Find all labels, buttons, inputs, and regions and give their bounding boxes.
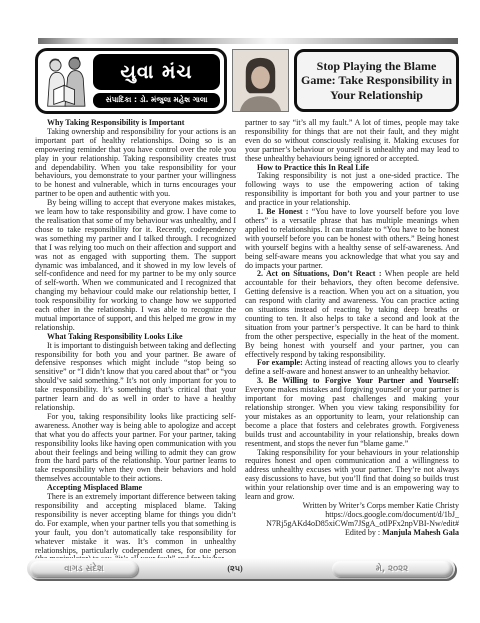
publication-name-pill: વાગડ સંદેશ	[30, 561, 138, 577]
credit-edited-by: Edited by : Manjula Mahesh Gala	[245, 529, 459, 538]
edited-by-label: Edited by :	[345, 528, 382, 537]
item-lead: 2. Act on Situations, Don’t React :	[257, 269, 382, 278]
paragraph: By being willing to accept that everyone…	[35, 199, 236, 333]
numbered-item: 3. Be Willing to Forgive Your Partner an…	[245, 377, 459, 448]
right-column: partner to say “it’s all my fault.” A lo…	[245, 119, 459, 564]
page-header: યુવા મંચ સંપાદિકા : ડો. મંજુલા મહેશ ગાલા…	[35, 48, 459, 114]
numbered-item: 2. Act on Situations, Don’t React : When…	[245, 270, 459, 359]
page-number: (૨૫)	[227, 564, 242, 574]
section-title-gujarati: યુવા મંચ	[93, 54, 220, 90]
numbered-item: 1. Be Honest : “You have to love yoursel…	[245, 208, 459, 270]
item-lead: For example:	[257, 358, 303, 367]
page-footer-bar: વાગડ સંદેશ (૨૫) મે, ૨૦૨૨	[27, 558, 455, 579]
item-lead: 1. Be Honest :	[257, 207, 308, 216]
paragraph: For you, taking responsibility looks lik…	[35, 413, 236, 484]
editor-photo	[232, 49, 289, 112]
paragraph: Taking responsibility for your behaviour…	[245, 449, 459, 502]
item-lead: 3. Be Willing to Forgive Your Partner an…	[257, 376, 459, 385]
masthead-box: યુવા મંચ સંપાદિકા : ડો. મંજુલા મહેશ ગાલા	[35, 48, 227, 114]
article-body: Why Taking Responsibility is Important T…	[35, 119, 459, 564]
edited-by-name: Manjula Mahesh Gala	[382, 528, 459, 537]
left-column: Why Taking Responsibility is Important T…	[35, 119, 236, 564]
paragraph: partner to say “it’s all my fault.” A lo…	[245, 119, 459, 164]
paragraph: There is an extremely important differen…	[35, 493, 236, 564]
issue-date-pill: મે, ૨૦૨૨	[332, 561, 452, 577]
article-title: Stop Playing the Blame Game: Take Respon…	[294, 49, 459, 112]
people-reading-illustration-icon	[38, 51, 92, 111]
paragraph: It is important to distinguish between t…	[35, 342, 236, 413]
top-divider-bar	[38, 38, 458, 44]
item-text: When people are held accountable for the…	[245, 269, 459, 358]
item-text: Everyone makes mistakes and forgiving yo…	[245, 385, 459, 447]
example-note: For example: Acting instead of reacting …	[245, 359, 459, 377]
editor-byline-gujarati: સંપાદિકા : ડો. મંજુલા મહેશ ગાલા	[93, 93, 220, 108]
item-text: “You have to love yourself before you lo…	[245, 207, 459, 269]
paragraph: Taking responsibility is not just a one-…	[245, 172, 459, 208]
masthead-text: યુવા મંચ સંપાદિકા : ડો. મંજુલા મહેશ ગાલા	[92, 51, 224, 111]
paragraph: Taking ownership and responsibility for …	[35, 128, 236, 199]
